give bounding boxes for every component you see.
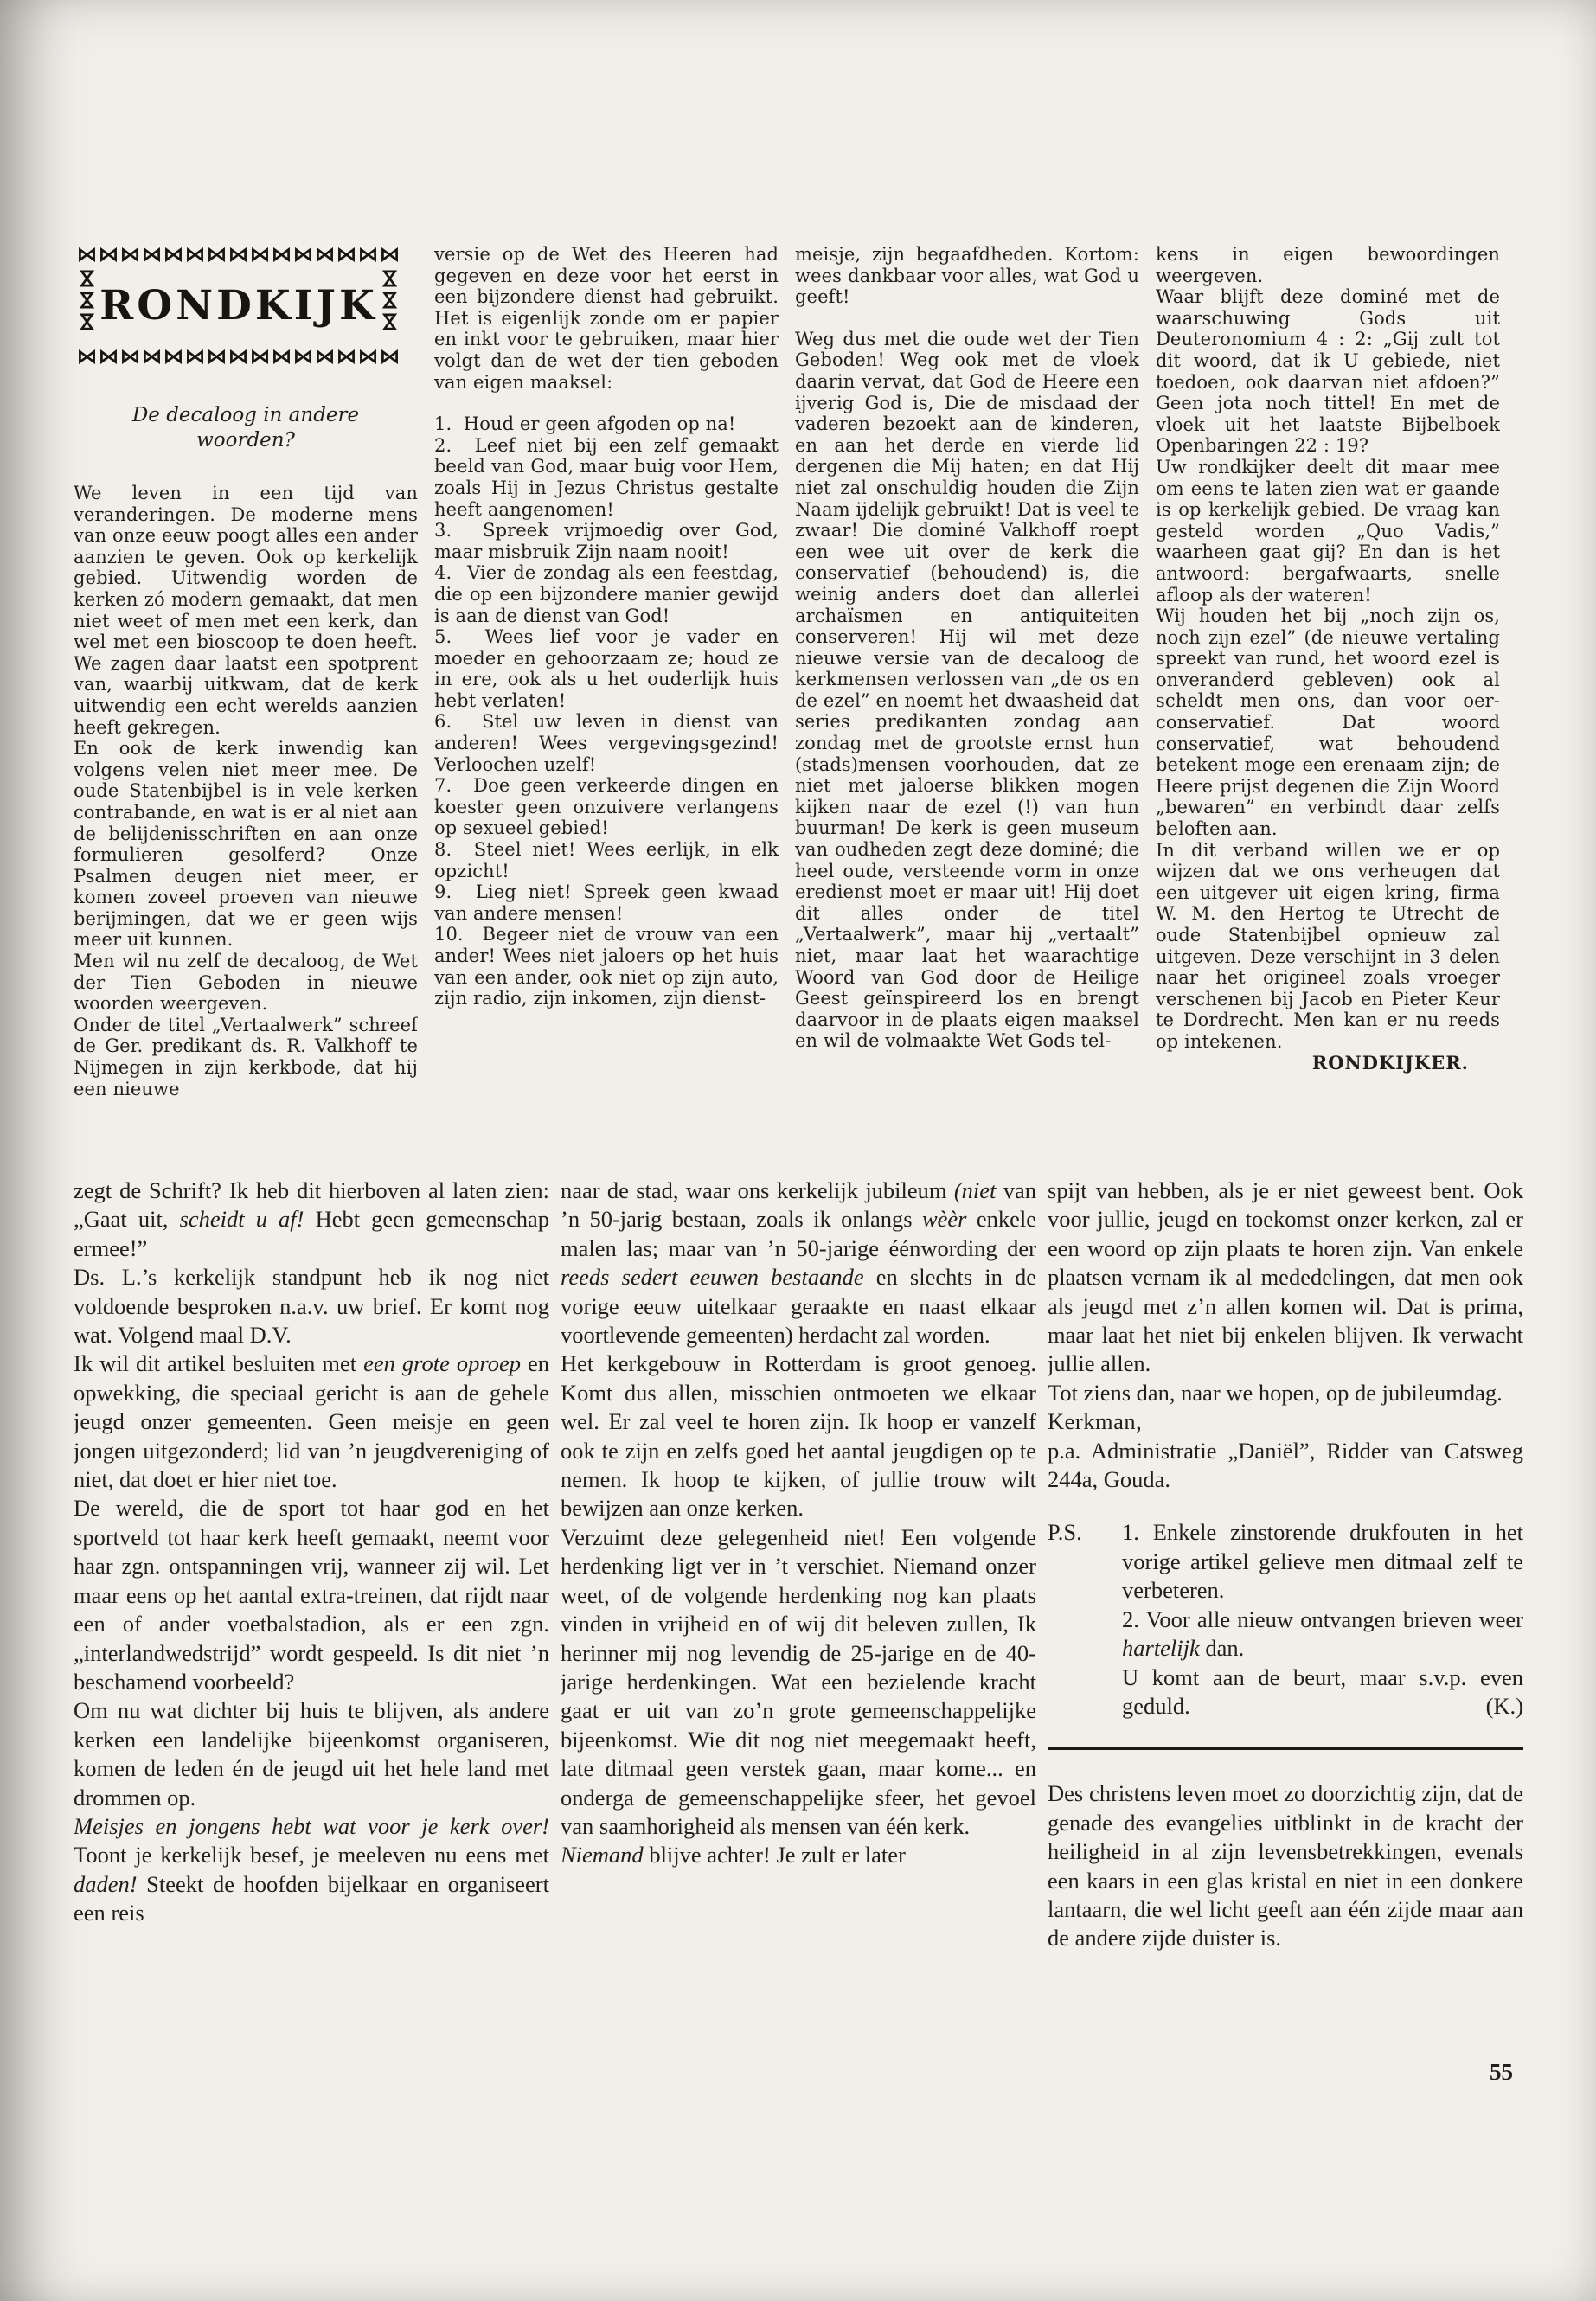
top-column-3: meisje, zijn begaafdheden. Kortom: wees … — [795, 244, 1139, 1148]
paragraph: Het kerkgebouw in Rotterdam is groot gen… — [561, 1349, 1036, 1522]
paragraph: Om nu wat dichter bij huis te blijven, a… — [74, 1696, 549, 1812]
ornamental-border-right: ⋈⋈⋈ — [378, 268, 402, 343]
paragraph: zegt de Schrift? Ik heb dit hierboven al… — [74, 1176, 549, 1263]
top-column-2: versie op de Wet des Heeren had gegeven … — [434, 244, 779, 1148]
article-subtitle: De decaloog in andere woorden? — [99, 403, 392, 453]
paragraph: 5. Wees lief voor je vader en moeder en … — [434, 626, 779, 711]
paragraph: naar de stad, waar ons kerkelijk jubileu… — [561, 1176, 1036, 1349]
paragraph: In dit verband willen we er op wijzen da… — [1156, 840, 1500, 1053]
paragraph: Men wil nu zelf de decaloog, de Wet der … — [74, 951, 418, 1015]
paragraph: 6. Stel uw leven in dienst van anderen! … — [434, 711, 779, 775]
paragraph: 2. Leef niet bij een zelf gemaakt beeld … — [434, 435, 779, 520]
paragraph: Verzuimt deze gelegenheid niet! Een volg… — [561, 1523, 1036, 1841]
paragraph: kens in eigen bewoordingen weergeven. — [1156, 244, 1500, 286]
paragraph: Tot ziens dan, naar we hopen, op de jubi… — [1048, 1379, 1523, 1407]
postscript-item: U komt aan de beurt, maar s.v.p. even ge… — [1122, 1663, 1523, 1721]
page-number: 55 — [1490, 2059, 1513, 2086]
paragraph: p.a. Administratie „Daniël”, Ridder van … — [1048, 1437, 1523, 1495]
paragraph: meisje, zijn begaafdheden. Kortom: wees … — [795, 244, 1139, 308]
paragraph: Meisjes en jongens hebt wat voor je kerk… — [74, 1812, 549, 1928]
top-column-1-text: We leven in een tijd van veranderingen. … — [74, 483, 418, 1099]
paragraph: 1. Houd er geen afgoden op na! — [434, 413, 779, 435]
masthead-title: RONDKIJK — [99, 282, 378, 330]
postscript-label: P.S. — [1048, 1518, 1122, 1721]
paragraph: Des christens leven moet zo doorzichtig … — [1048, 1779, 1523, 1952]
bottom-column-2: naar de stad, waar ons kerkelijk jubileu… — [561, 1176, 1036, 2072]
paragraph: versie op de Wet des Heeren had gegeven … — [434, 244, 779, 393]
paragraph: Weg dus met die oude wet der Tien Gebode… — [795, 329, 1139, 1052]
paragraph: We leven in een tijd van veranderingen. … — [74, 483, 418, 738]
paragraph: Kerkman, — [1048, 1407, 1523, 1436]
paragraph: RONDKIJKER. — [1156, 1053, 1500, 1074]
postscript: P.S. 1. Enkele zinstorende drukfouten in… — [1048, 1518, 1523, 1721]
section-divider — [1048, 1747, 1523, 1750]
ornamental-border-top: ⋈⋈⋈⋈⋈⋈⋈⋈⋈⋈⋈⋈⋈⋈⋈ — [74, 244, 404, 265]
postscript-item: 1. Enkele zinstorende drukfouten in het … — [1122, 1518, 1523, 1605]
paragraph: 9. Lieg niet! Spreek geen kwaad van ande… — [434, 881, 779, 924]
bottom-column-3: spijt van hebben, als je er niet geweest… — [1048, 1176, 1523, 2072]
ornamental-border-left: ⋈⋈⋈ — [75, 268, 99, 343]
masthead: ⋈⋈⋈⋈⋈⋈⋈⋈⋈⋈⋈⋈⋈⋈⋈ ⋈⋈⋈ RONDKIJK ⋈⋈⋈ ⋈⋈⋈⋈⋈⋈⋈… — [74, 244, 404, 367]
top-column-4: kens in eigen bewoordingen weergeven.Waa… — [1156, 244, 1500, 1148]
paragraph: Ik wil dit artikel besluiten met een gro… — [74, 1349, 549, 1494]
paragraph: 8. Steel niet! Wees eerlijk, in elk opzi… — [434, 839, 779, 881]
paragraph: Ds. L.’s kerkelijk standpunt heb ik nog … — [74, 1263, 549, 1349]
closing-paragraph-block: Des christens leven moet zo doorzichtig … — [1048, 1779, 1523, 1952]
paragraph: Wij houden het bij „noch zijn os, noch z… — [1156, 606, 1500, 840]
paragraph: 7. Doe geen verkeerde dingen en koester … — [434, 775, 779, 839]
paragraph: 10. Begeer niet de vrouw van een ander! … — [434, 924, 779, 1009]
paragraph: En ook de kerk inwendig kan volgens vele… — [74, 738, 418, 951]
paragraph: Uw rondkijker deelt dit maar mee om eens… — [1156, 457, 1500, 606]
paragraph: Niemand blijve achter! Je zult er later — [561, 1841, 1036, 1869]
ornamental-border-bottom: ⋈⋈⋈⋈⋈⋈⋈⋈⋈⋈⋈⋈⋈⋈⋈ — [74, 346, 404, 367]
paragraph: De wereld, die de sport tot haar god en … — [74, 1494, 549, 1696]
postscript-item: 2. Voor alle nieuw ontvangen brieven wee… — [1122, 1606, 1523, 1663]
scanned-magazine-page: ⋈⋈⋈⋈⋈⋈⋈⋈⋈⋈⋈⋈⋈⋈⋈ ⋈⋈⋈ RONDKIJK ⋈⋈⋈ ⋈⋈⋈⋈⋈⋈⋈… — [0, 0, 1596, 2301]
bottom-column-1: zegt de Schrift? Ik heb dit hierboven al… — [74, 1176, 549, 2072]
top-column-1: ⋈⋈⋈⋈⋈⋈⋈⋈⋈⋈⋈⋈⋈⋈⋈ ⋈⋈⋈ RONDKIJK ⋈⋈⋈ ⋈⋈⋈⋈⋈⋈⋈… — [74, 244, 418, 1148]
paragraph: Onder de titel „Vertaalwerk” schreef de … — [74, 1015, 418, 1099]
bottom-column-3-text: spijt van hebben, als je er niet geweest… — [1048, 1176, 1523, 1494]
postscript-body: 1. Enkele zinstorende drukfouten in het … — [1122, 1518, 1523, 1721]
paragraph: 3. Spreek vrijmoedig over God, maar misb… — [434, 520, 779, 562]
paragraph: spijt van hebben, als je er niet geweest… — [1048, 1176, 1523, 1379]
paragraph: Waar blijft deze dominé met de waarschuw… — [1156, 286, 1500, 457]
paragraph: 4. Vier de zondag als een feestdag, die … — [434, 562, 779, 626]
